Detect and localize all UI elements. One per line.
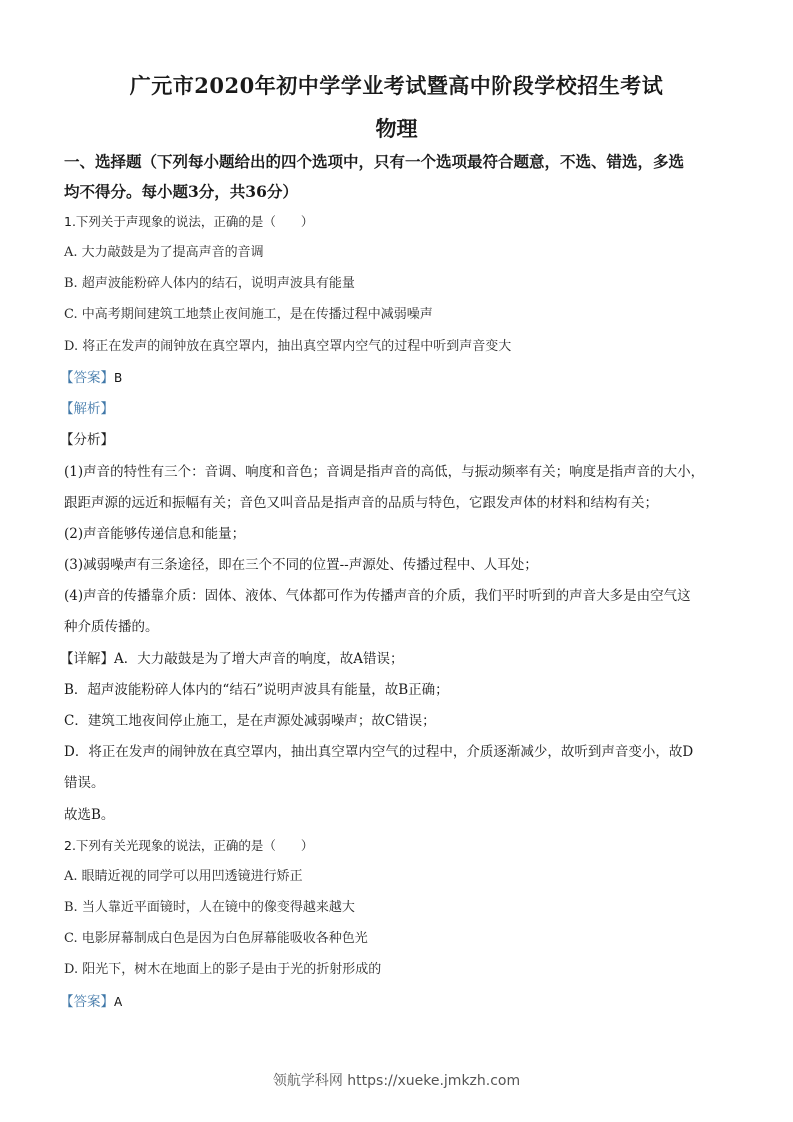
detail-line-1: 【详解】A．大力敲鼓是为了增大声音的响度，故A错误； (60, 649, 404, 669)
section-heading-line-1: 一、选择题（下列每小题给出的四个选项中，只有一个选项最符合题意，不选、错选，多选 (64, 147, 744, 177)
analysis-line-6: 种介质传播的。 (64, 617, 159, 637)
analysis-line-5: (4)声音的传播靠介质：固体、液体、气体都可作为传播声音的介质，我们平时听到的声… (64, 586, 691, 606)
detail-line-5: 错误。 (64, 773, 105, 793)
question-1-option-b: B. 超声波能粉碎人体内的结石，说明声波具有能量 (64, 274, 355, 294)
footer-watermark: 领航学科网 https://xueke.jmkzh.com (0, 1070, 793, 1090)
document-title: 广元市2020年初中学学业考试暨高中阶段学校招生考试 (0, 70, 793, 100)
answer-label: 【答案】 (60, 994, 114, 1010)
question-2-option-a: A. 眼睛近视的同学可以用凹透镜进行矫正 (64, 867, 303, 887)
answer-value: B (114, 371, 122, 385)
analysis-line-1: (1)声音的特性有三个：音调、响度和音色；音调是指声音的高低，与振动频率有关；响… (64, 462, 704, 482)
detail-line-2: B．超声波能粉碎人体内的“结石”说明声波具有能量，故B正确； (64, 680, 449, 700)
question-1-option-d: D. 将正在发声的闹钟放在真空罩内，抽出真空罩内空气的过程中听到声音变大 (64, 337, 511, 357)
question-1-stem: 1.下列关于声现象的说法，正确的是（ ） (64, 212, 313, 232)
detail-line-3: C．建筑工地夜间停止施工，是在声源处减弱噪声；故C错误； (64, 711, 436, 731)
jiexi-label: 【解析】 (60, 399, 114, 419)
analysis-line-3: (2)声音能够传递信息和能量； (64, 524, 245, 544)
subject-title: 物理 (0, 113, 793, 143)
fenxi-label: 【分析】 (60, 430, 114, 450)
section-heading-line-2: 均不得分。每小题3分，共36分） (64, 177, 744, 207)
question-1-option-c: C. 中高考期间建筑工地禁止夜间施工，是在传播过程中减弱噪声 (64, 305, 433, 325)
analysis-line-4: (3)减弱噪声有三条途径，即在三个不同的位置--声源处、传播过程中、人耳处； (64, 555, 538, 575)
detail-line-6: 故选B。 (64, 805, 114, 825)
question-2-option-d: D. 阳光下，树木在地面上的影子是由于光的折射形成的 (64, 960, 381, 980)
question-1-option-a: A. 大力敲鼓是为了提高声音的音调 (64, 243, 264, 263)
answer-label: 【答案】 (60, 370, 114, 386)
answer-value: A (114, 995, 122, 1009)
question-2-option-c: C. 电影屏幕制成白色是因为白色屏幕能吸收各种色光 (64, 929, 368, 949)
question-2-option-b: B. 当人靠近平面镜时，人在镜中的像变得越来越大 (64, 898, 355, 918)
analysis-line-2: 跟距声源的远近和振幅有关；音色又叫音品是指声音的品质与特色，它跟发声体的材料和结… (64, 493, 658, 513)
question-2-stem: 2.下列有关光现象的说法，正确的是（ ） (64, 836, 313, 856)
question-1-answer: 【答案】B (60, 368, 122, 388)
section-heading: 一、选择题（下列每小题给出的四个选项中，只有一个选项最符合题意，不选、错选，多选… (64, 147, 744, 207)
question-2-answer: 【答案】A (60, 992, 122, 1012)
detail-line-4: D．将正在发声的闹钟放在真空罩内，抽出真空罩内空气的过程中，介质逐渐减少，故听到… (64, 742, 693, 762)
